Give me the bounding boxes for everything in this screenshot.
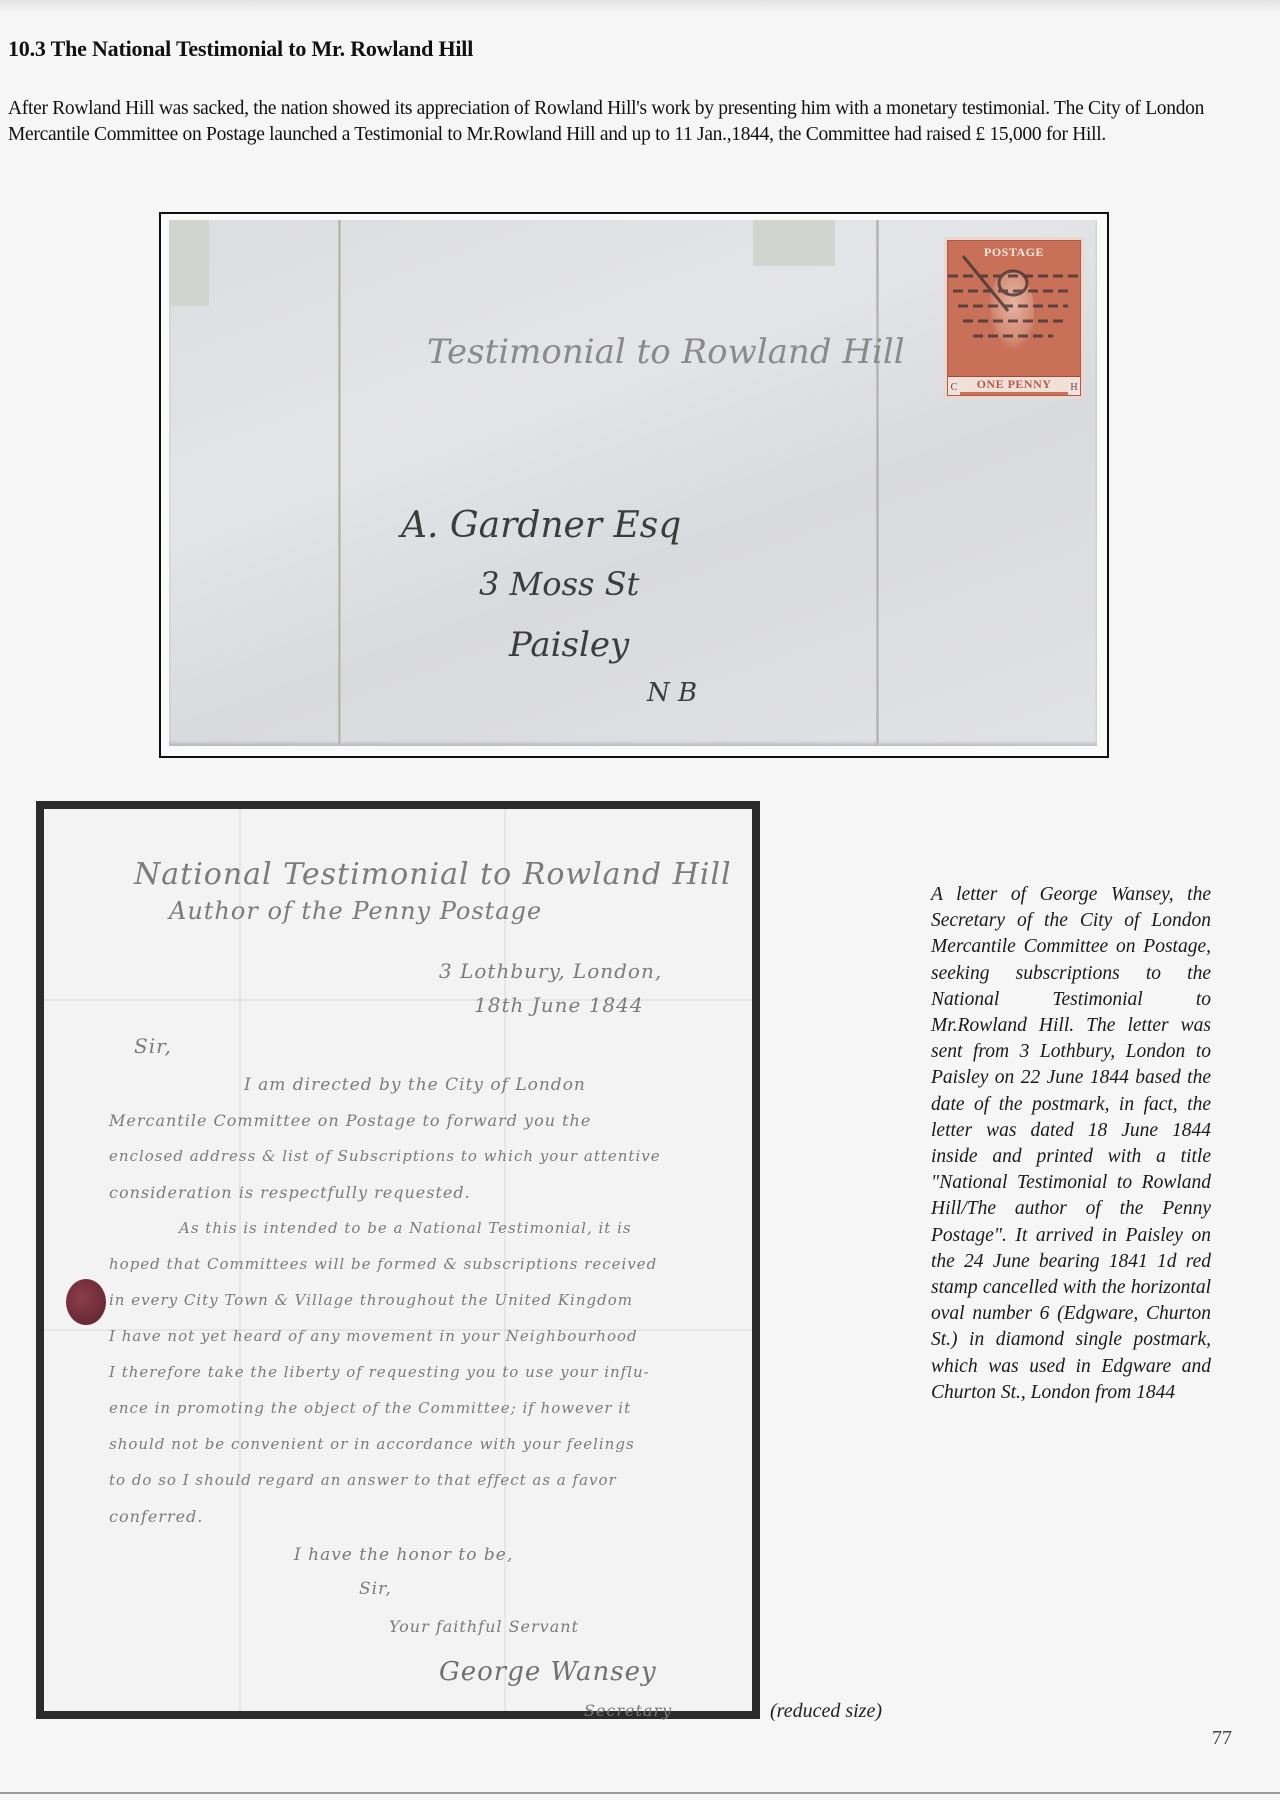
scan-top-edge bbox=[0, 0, 1280, 14]
letter-body-line: enclosed address & list of Subscriptions… bbox=[109, 1147, 661, 1165]
wax-seal-icon bbox=[66, 1279, 106, 1325]
envelope-fold-left bbox=[338, 220, 341, 746]
envelope-handwritten-heading: Testimonial to Rowland Hill bbox=[427, 332, 905, 372]
letter-signature-title: Secretary bbox=[584, 1701, 672, 1720]
envelope-flap-tab bbox=[169, 220, 209, 306]
envelope-address-line2: 3 Moss St bbox=[479, 565, 639, 603]
letter-body-line: As this is intended to be a National Tes… bbox=[179, 1219, 632, 1237]
penny-red-stamp: POSTAGE ONE PENNY C H bbox=[947, 240, 1081, 396]
letter-body-line: Mercantile Committee on Postage to forwa… bbox=[109, 1111, 591, 1130]
letter-image-frame: National Testimonial to Rowland Hill Aut… bbox=[36, 801, 760, 1719]
envelope-image-frame: Testimonial to Rowland Hill A. Gardner E… bbox=[159, 212, 1109, 758]
page-number: 77 bbox=[1212, 1727, 1232, 1750]
scan-bottom-edge bbox=[0, 1792, 1280, 1794]
diamond-postmark-cancel-icon bbox=[938, 241, 1088, 361]
letter-sender-address: 3 Lothbury, London, bbox=[439, 959, 662, 983]
stamp-value-label: ONE PENNY bbox=[948, 376, 1080, 392]
letter-signature: George Wansey bbox=[439, 1657, 657, 1687]
intro-paragraph: After Rowland Hill was sacked, the natio… bbox=[8, 96, 1208, 148]
letter-body-line: hoped that Committees will be formed & s… bbox=[109, 1255, 657, 1273]
stamp-corner-letter-left: C bbox=[948, 380, 960, 395]
reduced-size-note: (reduced size) bbox=[770, 1700, 882, 1723]
letter-body-line: I therefore take the liberty of requesti… bbox=[109, 1363, 650, 1381]
envelope-fold-right bbox=[876, 220, 879, 746]
envelope-address-line1: A. Gardner Esq bbox=[401, 505, 681, 546]
envelope-address-line4: N B bbox=[647, 678, 697, 708]
letter-body-line: should not be convenient or in accordanc… bbox=[109, 1435, 635, 1453]
letter-body-line: ence in promoting the object of the Comm… bbox=[109, 1399, 631, 1417]
letter-body-line: conferred. bbox=[109, 1507, 203, 1526]
letter-caption: A letter of George Wansey, the Secretary… bbox=[931, 882, 1211, 1406]
letter-body-line: I have not yet heard of any movement in … bbox=[109, 1327, 638, 1345]
letter-fold-horizontal bbox=[44, 999, 752, 1001]
envelope-seal-patch bbox=[753, 220, 835, 266]
letter-date: 18th June 1844 bbox=[474, 993, 644, 1017]
envelope-address-line3: Paisley bbox=[509, 625, 629, 665]
stamp-corner-letter-right: H bbox=[1068, 380, 1080, 395]
letter-body-line: in every City Town & Village throughout … bbox=[109, 1291, 633, 1309]
letter-closing: I have the honor to be, bbox=[294, 1545, 513, 1565]
envelope-cover: Testimonial to Rowland Hill A. Gardner E… bbox=[169, 220, 1097, 746]
letter-printed-subheading: Author of the Penny Postage bbox=[169, 897, 542, 925]
letter-body-line: I am directed by the City of London bbox=[244, 1075, 586, 1095]
letter-printed-heading: National Testimonial to Rowland Hill bbox=[134, 857, 732, 892]
letter-body-line: consideration is respectfully requested. bbox=[109, 1183, 471, 1202]
letter-closing-servant: Your faithful Servant bbox=[389, 1617, 579, 1636]
page-title: 10.3 The National Testimonial to Mr. Row… bbox=[8, 36, 473, 62]
letter-body-line: to do so I should regard an answer to th… bbox=[109, 1471, 617, 1489]
letter-salutation: Sir, bbox=[134, 1034, 172, 1058]
letter-closing-sir: Sir, bbox=[359, 1579, 392, 1599]
